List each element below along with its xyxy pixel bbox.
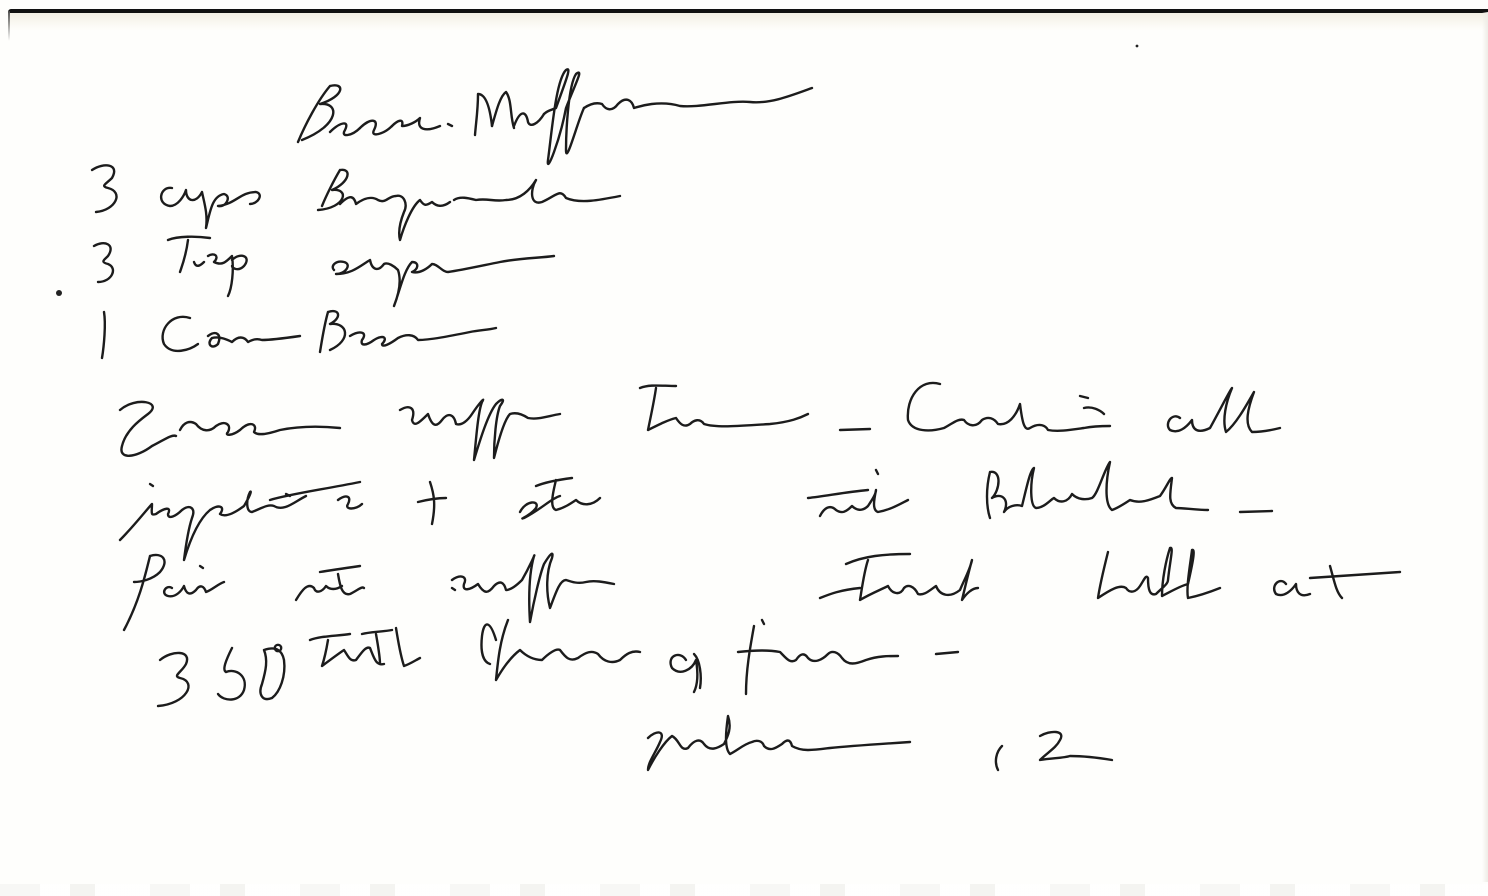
recipe-card: Beer Muffins 3 cups Bisquick 3 tsp sugar… [0,0,1488,896]
recipe-title: Beer Muffins [295,72,586,136]
ingredient-item: 3 tsp sugar [88,230,310,288]
instruction-line: Grease muffin tins - Combine all [112,390,793,449]
ingredient-item: 3 cups Bisquick [88,162,402,220]
ink-dot [56,290,62,296]
instruction-line: Pour into muffin tins & bake at [118,555,768,614]
instruction-line: 350° until brown & firm - [150,632,685,691]
ink-speck [1136,45,1139,48]
instruction-line: ingredients & stir until blended - [118,470,802,529]
recipe-yield: makes 12 [648,720,843,779]
ingredient-item: 1 Can beer [88,300,310,358]
